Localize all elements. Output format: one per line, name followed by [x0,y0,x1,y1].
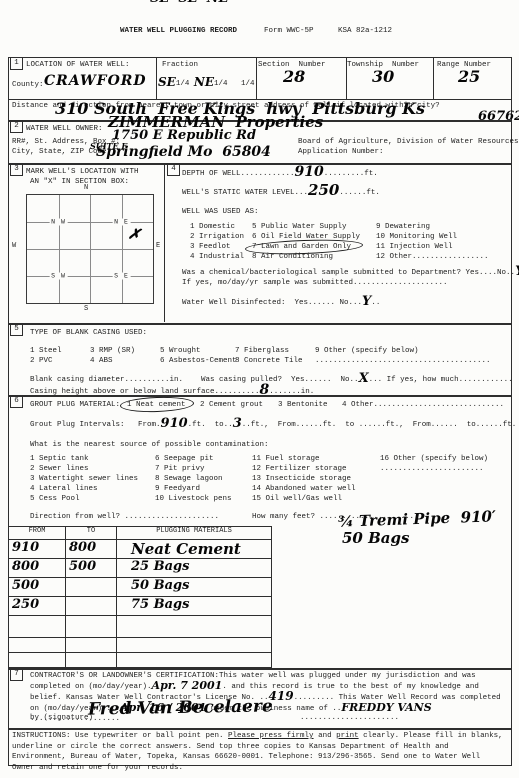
casing-title: TYPE OF BLANK CASING USED: [30,328,147,338]
form-number: Form WWC-5P [264,26,314,36]
casing-opt-8: 8 Concrete Tile [235,356,303,366]
interval-from-value: 910 [161,420,188,428]
contamination-col4: 16 Other (specify below)................… [380,454,488,474]
casing-other-dots: ....................................... [315,356,491,366]
fraction-value: SE1/4 NE1/4 1/4 [158,78,255,89]
casing-opt-1: 1 Steel [30,346,62,356]
form-statute: KSA 82a-1212 [338,26,392,36]
casing-diameter-line: Blank casing diameter..........in. Was c… [30,375,513,385]
township-number-value: 30 [372,72,394,82]
handwritten-corner-note: SE SE NE [150,0,229,4]
disinfected-no-value: Y [362,298,371,306]
contamination-col2: 6 Seepage pit7 Pit privy8 Sewage lagoon9… [155,454,232,504]
bags-note: 50 Bags [342,533,409,543]
table-header-from: FROM [9,527,66,540]
well-location-x-mark: ✗ [127,224,142,244]
casing-opt-9: 9 Other (specify below) [315,346,419,356]
grid-north-label: N [84,184,88,192]
casing-opt-6: 6 Asbestos-Cement [160,356,237,366]
table-row [9,616,272,638]
fraction-hw-1: SE [158,78,176,86]
grout-opt-4: 4 Other............................. [342,400,504,410]
table-header-materials: PLUGGING MATERIALS [117,527,272,540]
section-number-value: 28 [283,72,305,82]
section-5-number: 5 [10,324,23,336]
distance-zip-value: 66762 [478,112,519,122]
table-row [9,638,272,653]
grid-west-label: W [12,242,16,250]
contamination-label: What is the nearest source of possible c… [30,440,269,450]
plugging-table: FROM TO PLUGGING MATERIALS 910 800 Neat … [8,526,272,668]
section-7-number: 7 [10,669,23,681]
section-3-title-1: MARK WELL'S LOCATION WITH [26,167,139,177]
interval-to-value: 3 [233,420,242,428]
grout-opt-2: 2 Cement grout [200,400,263,410]
business-name-value: FREDDY VANS [341,704,431,712]
owner-label: WATER WELL OWNER: [26,124,103,134]
grid-ne-label: N E [112,219,131,226]
form-title: WATER WELL PLUGGING RECORD [120,26,237,36]
grid-se-label: S E [112,273,131,280]
table-row [9,653,272,668]
casing-pulled-no-value: X [359,375,369,383]
casing-height-value: 8 [260,386,270,394]
fraction-hw-2: NE [194,78,214,86]
grid-sw-label: S W [49,273,68,280]
tremi-pipe-note: ¾ Tremi Pipe 910′ [338,511,496,527]
disinfected-line: Water Well Disinfected: Yes...... No...Y… [182,298,380,308]
signature-dots: ...................... [300,713,399,723]
used-as-col3: 9 Dewatering10 Monitoring Well11 Injecti… [376,222,489,262]
application-number-label: Application Number: [298,147,384,157]
signature-value: Fred Van Becelaere [88,701,273,714]
completed-date-value: Apr. 7 2001 [152,682,223,690]
table-row: 800 500 25 Bags [9,559,272,578]
address-value: 1750 E Republic Rd [112,131,256,141]
grid-nw-label: N W [49,219,68,226]
casing-opt-2: 2 PVC [30,356,53,366]
section-1-title: LOCATION OF WATER WELL: [26,60,130,70]
scanned-form-page: SE SE NE WATER WELL PLUGGING RECORD Form… [0,0,519,778]
section-1-number: 1 [10,58,23,70]
casing-opt-4: 4 ABS [90,356,113,366]
signature-label: by (signature) [30,713,93,723]
range-number-value: 25 [458,72,480,82]
used-as-label: WELL WAS USED AS: [182,207,259,217]
sample-date-line: If yes, mo/day/yr sample was submitted..… [182,278,448,288]
section-3-number: 3 [10,164,23,176]
instructions-paragraph: INSTRUCTIONS: Use typewriter or ball poi… [12,731,506,773]
direction-from-well-label: Direction from well? ...................… [30,512,219,522]
grid-east-label: E [156,242,160,250]
static-level-line: WELL'S STATIC WATER LEVEL...250......ft. [182,186,380,198]
section-2-number: 2 [10,121,23,133]
sample-submitted-line: Was a chemical/bacteriological sample su… [182,268,519,278]
grout-opt-3: 3 Bentonite [278,400,328,410]
depth-value: 910 [295,168,324,176]
section-4-number: 4 [167,164,180,176]
static-level-value: 250 [308,186,339,194]
casing-opt-3: 3 RMP (SR) [90,346,135,356]
used-as-col1: 1 Domestic2 Irrigation3 Feedlot4 Industr… [190,222,244,262]
grout-intervals-line: Grout Plug Intervals: From.910.ft. to..3… [30,420,516,430]
owner-value: ZIMMERMAN Properties [108,117,323,127]
section-3-title-2: AN "X" IN SECTION BOX: [30,177,129,187]
section-location-grid: N W N E S W S E ✗ [26,194,154,304]
table-row: 500 50 Bags [9,578,272,597]
table-row: 910 800 Neat Cement [9,540,272,559]
board-label: Board of Agriculture, Division of Water … [298,137,519,147]
grid-south-label: S [84,305,88,313]
casing-opt-7: 7 Fiberglass [235,346,289,356]
grout-title: GROUT PLUG MATERIAL: [30,400,120,410]
fraction-label: Fraction [162,60,198,70]
depth-of-well-line: DEPTH OF WELL............910.........ft. [182,168,378,179]
contamination-col3: 11 Fuel storage12 Fertilizer storage13 I… [252,454,356,504]
sample-no-value: Y [515,268,519,276]
section-6-number: 6 [10,396,23,408]
city-value: Springfield Mo 65804 [96,147,271,157]
contamination-col1: 1 Septic tank2 Sewer lines3 Watertight s… [30,454,138,504]
county-label: County: [12,80,44,90]
casing-opt-5: 5 Wrought [160,346,201,356]
table-header-to: TO [66,527,117,540]
table-row: 250 75 Bags [9,597,272,616]
county-value: CRAWFORD [44,76,147,86]
